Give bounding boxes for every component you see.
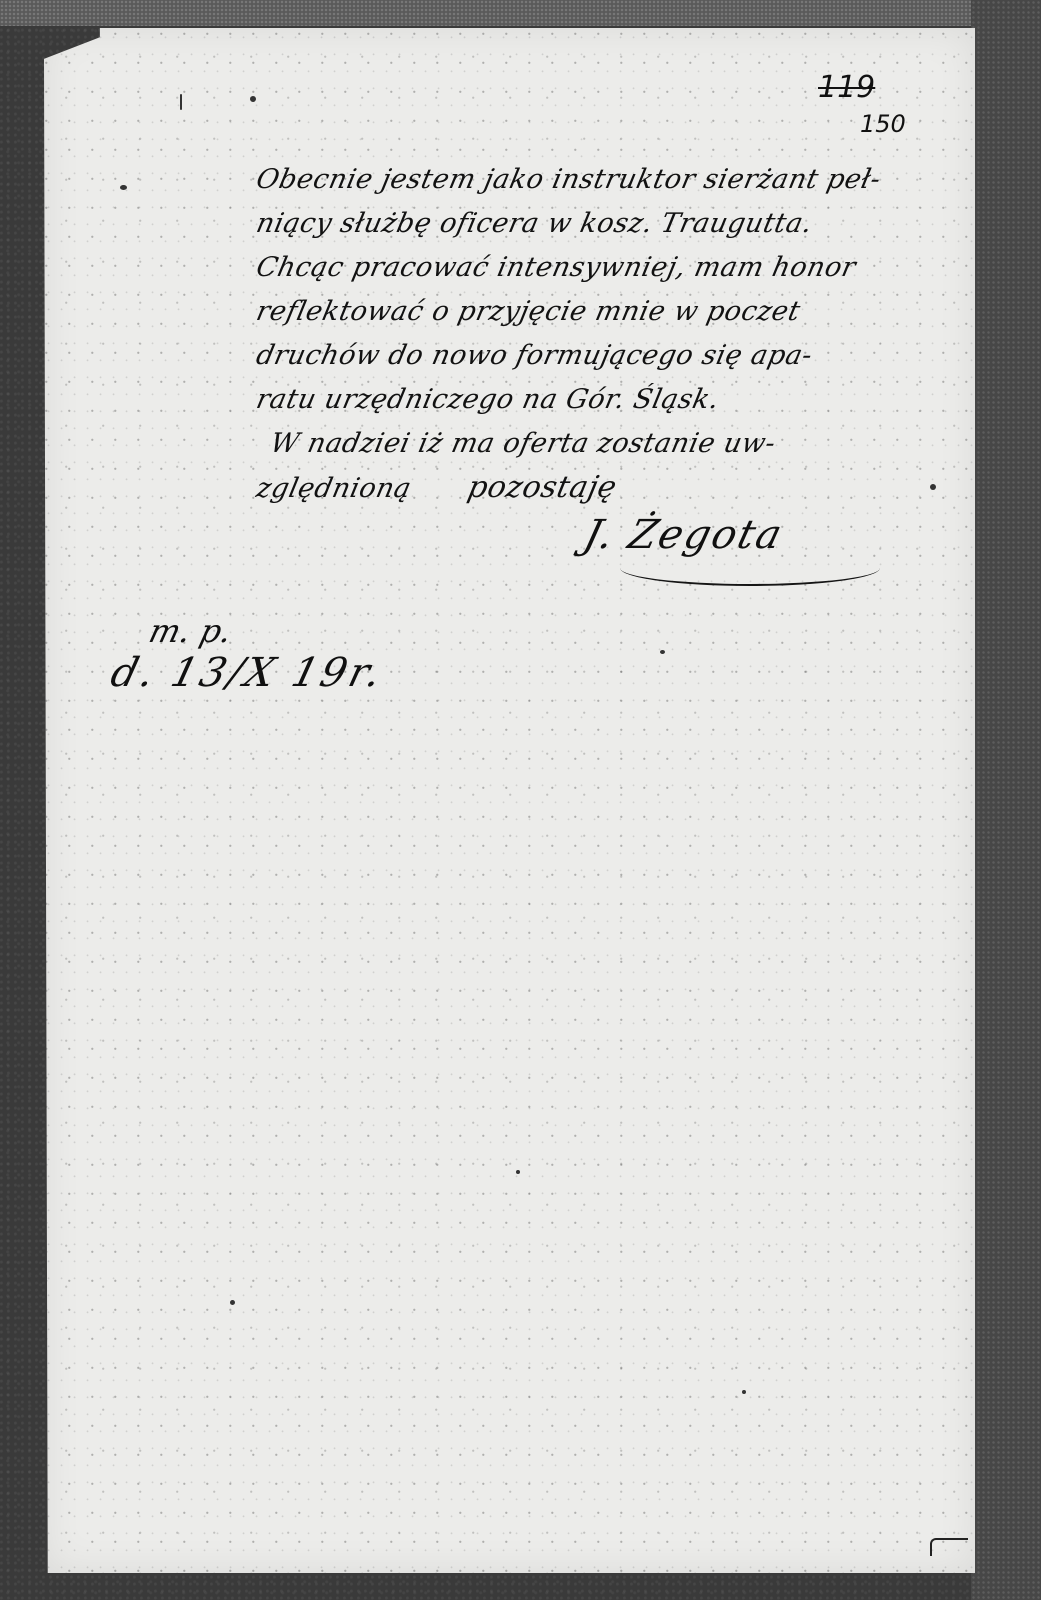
paper-speck	[180, 94, 182, 110]
annotation-mp: m. p.	[145, 612, 236, 650]
annotation-date: d. 13/X 19r.	[106, 650, 388, 696]
paper-speck	[250, 96, 256, 102]
folio-number-old: 119	[818, 70, 875, 105]
paper-speck	[742, 1390, 746, 1394]
paper-speck	[660, 650, 665, 654]
paper-speck	[930, 484, 936, 490]
paper-speck	[120, 185, 127, 190]
paper-speck	[230, 1300, 235, 1305]
letter-line: druchów do nowo formującego się apa-	[252, 334, 981, 378]
signature: J. Żegota	[579, 512, 788, 558]
letter-body: Obecnie jestem jako instruktor sierżant …	[252, 158, 972, 511]
scanner-top-border	[0, 0, 1041, 26]
letter-line: reflektować o przyjęcie mnie w poczet	[252, 290, 981, 334]
letter-line: Obecnie jestem jako instruktor sierżant …	[252, 158, 981, 202]
closing-word: pozostaję	[417, 470, 620, 505]
letter-line: W nadziei iż ma oferta zostanie uw-	[252, 422, 981, 466]
letter-line: Chcąc pracować intensywniej, mam honor	[252, 246, 981, 290]
letter-line: niący służbę oficera w kosz. Traugutta.	[252, 202, 981, 246]
scan-background: 119 150 Obecnie jestem jako instruktor s…	[0, 0, 1041, 1600]
corner-pencil-mark	[930, 1538, 968, 1556]
scanner-right-border	[971, 0, 1041, 1600]
letter-line: ratu urzędniczego na Gór. Śląsk.	[252, 378, 981, 422]
folio-number-new: 150	[860, 110, 906, 138]
paper-speck	[516, 1170, 520, 1174]
letter-line-end: zględnioną	[253, 473, 414, 504]
letter-closing-line: zględnioną pozostaję	[252, 466, 982, 511]
